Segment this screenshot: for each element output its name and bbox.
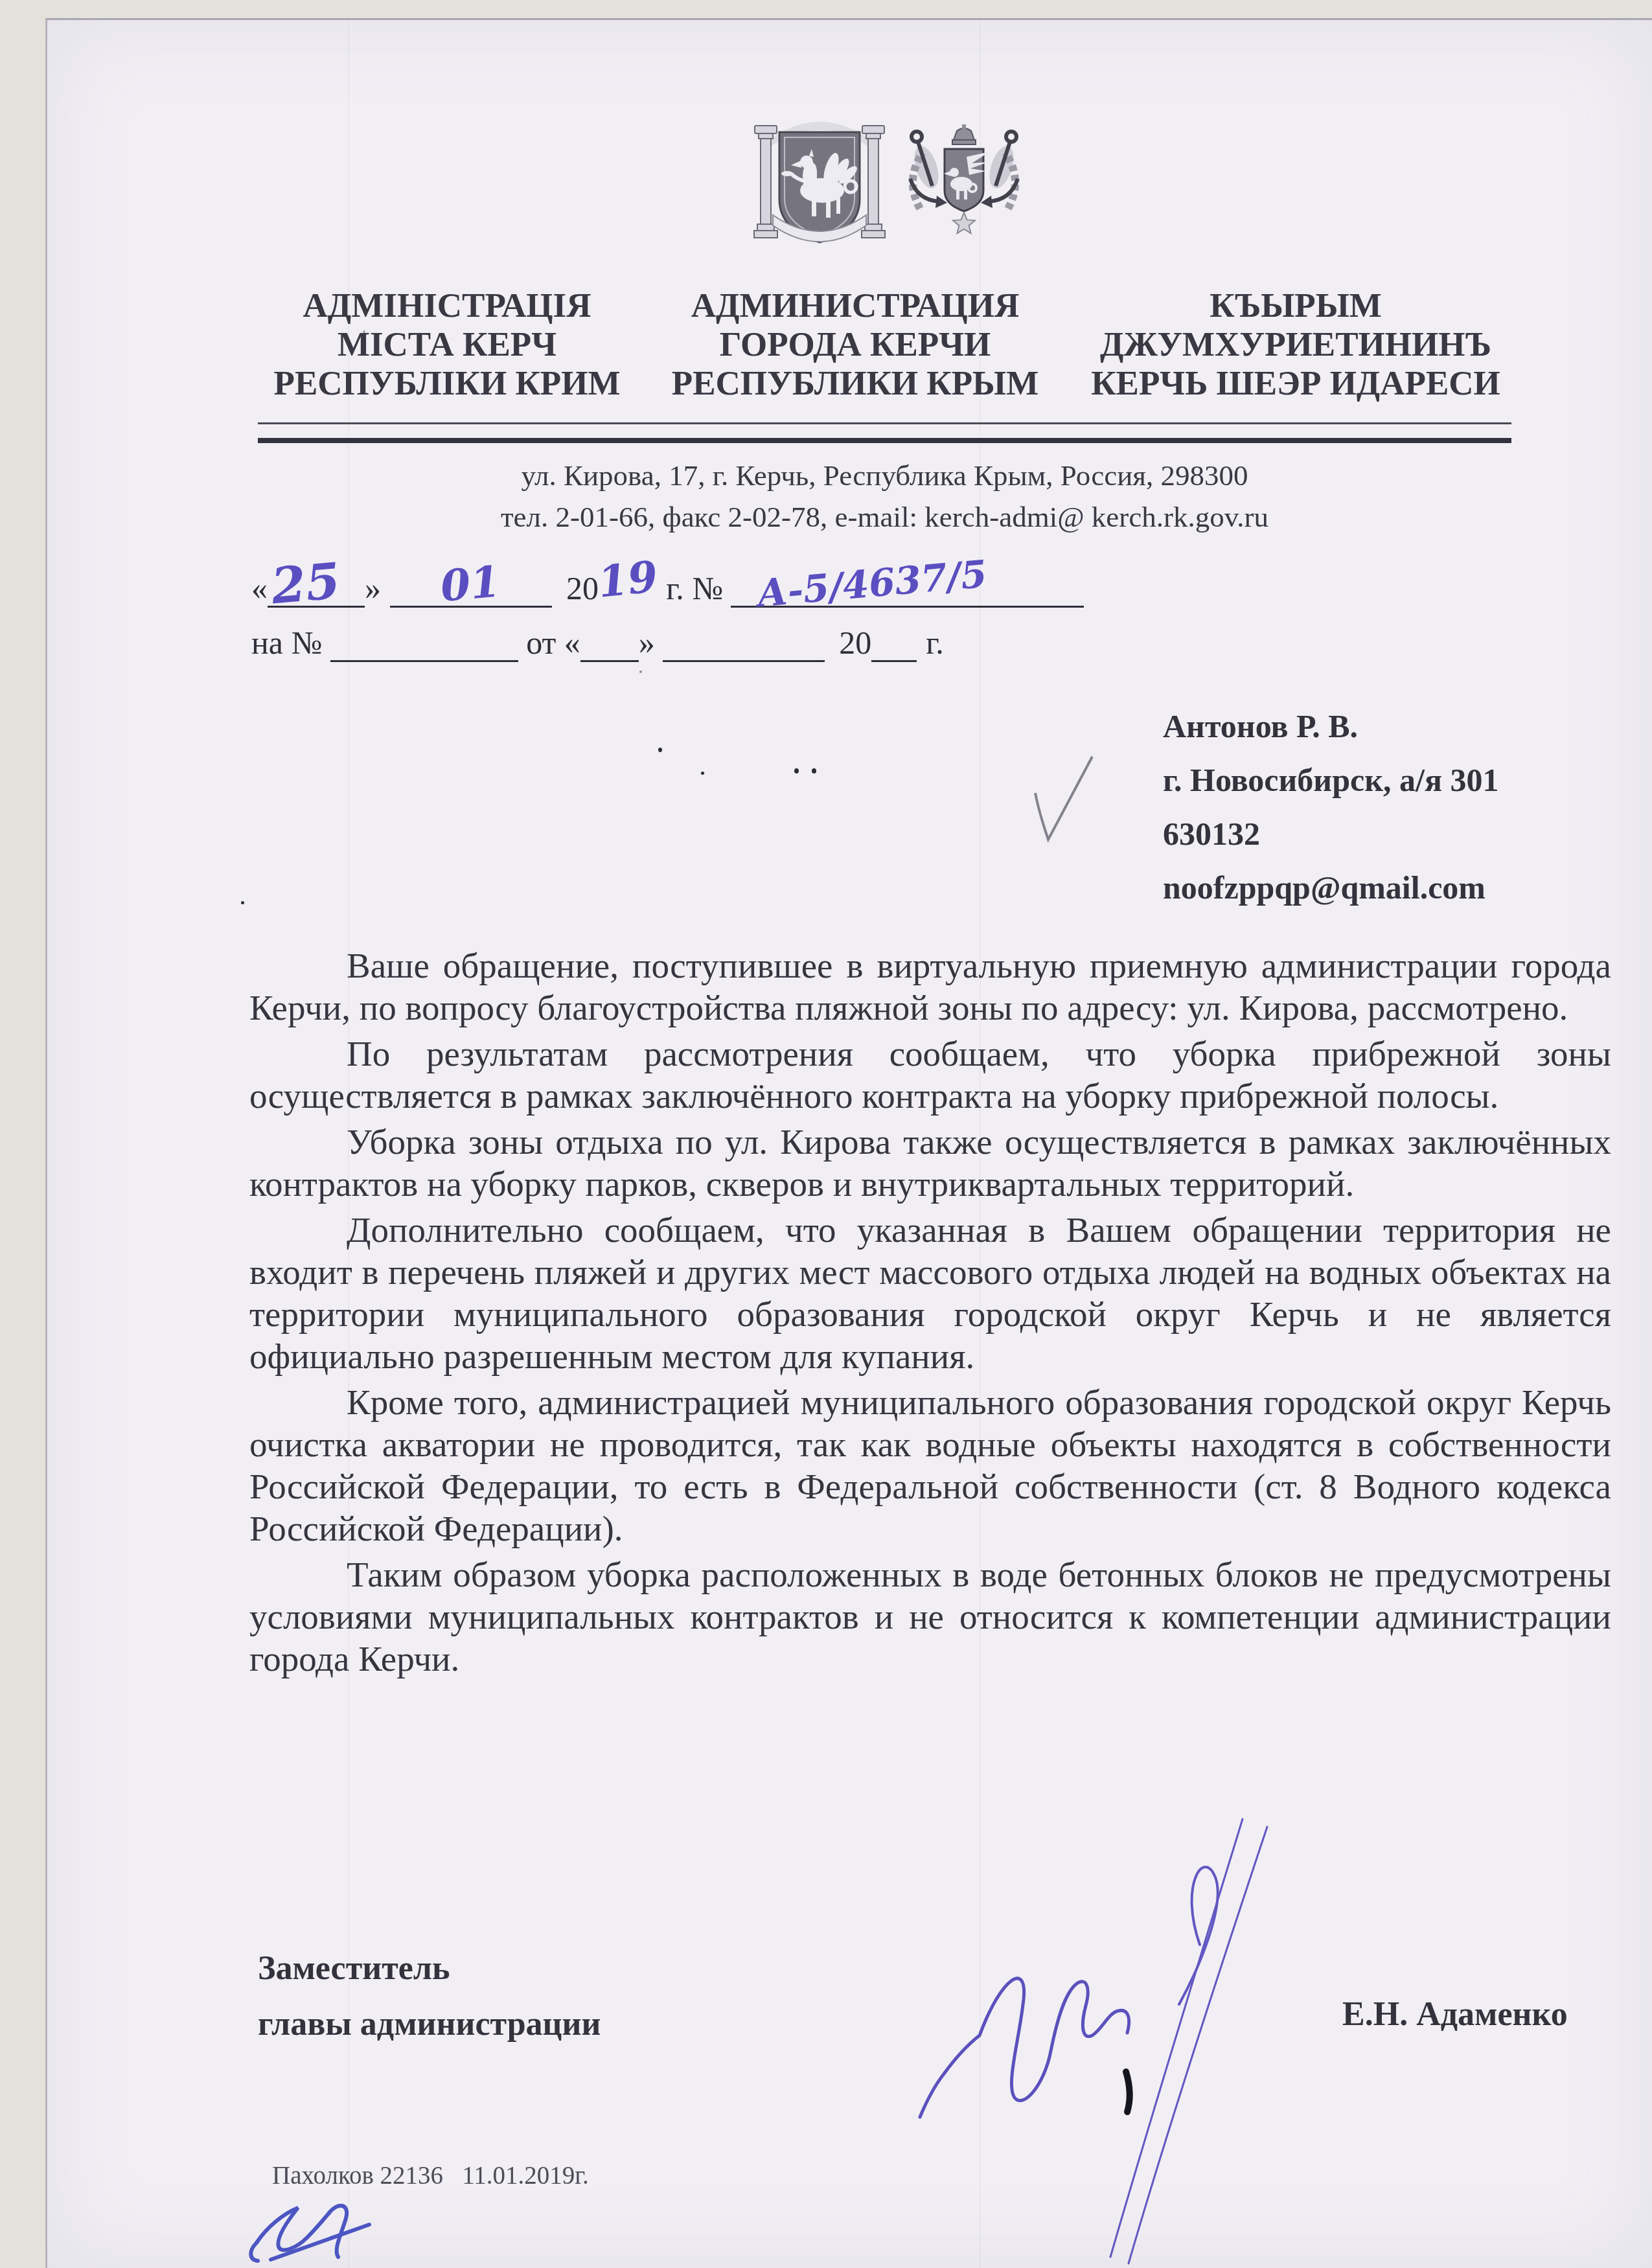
pen-checkmark-icon [1027,751,1099,849]
signer-name: Е.Н. Адаменко [1342,1995,1568,2033]
letterhead-line: ДЖУМХУРИЕТИНИНЪ [1072,325,1519,364]
reference-line-outgoing: «25»012019 г. № А-5/4637/5 [251,565,1084,608]
incoming-year-printed: 20 [839,624,871,661]
letterhead-columns: АДМІНІСТРАЦІЯ МІСТА КЕРЧ РЕСПУБЛІКИ КРИМ… [256,286,1519,403]
letterhead-crimean-tatar: КЪЫРЫМ ДЖУМХУРИЕТИНИНЪ КЕРЧЬ ШЕЭР ИДАРЕС… [1072,286,1519,403]
recipient-name: Антонов Р. В. [1163,700,1498,753]
handwritten-year: 19 [596,556,660,601]
letterhead-line: КЕРЧЬ ШЕЭР ИДАРЕСИ [1072,364,1519,403]
scanned-letter-page: АДМІНІСТРАЦІЯ МІСТА КЕРЧ РЕСПУБЛІКИ КРИМ… [0,0,1652,2268]
incoming-month-blank [663,624,825,662]
letterhead-line: ГОРОДА КЕРЧИ [661,325,1050,364]
signer-position-line: Заместитель [258,1941,601,1997]
paragraph: Таким образом уборка расположенных в вод… [249,1553,1611,1680]
phone-email-line: тел. 2-01-66, факс 2-02-78, e-mail: kerc… [258,496,1511,538]
ink-initials-icon [241,2200,396,2268]
ink-signature-icon [907,1813,1296,2268]
letter-body: Ваше обращение, поступившее в виртуальну… [249,945,1611,1684]
day-blank: 25 [268,569,365,608]
divider-rule-thick [258,438,1511,443]
letterhead-line: АДМІНІСТРАЦІЯ [256,286,638,325]
letterhead-russian: АДМИНИСТРАЦИЯ ГОРОДА КЕРЧИ РЕСПУБЛИКИ КР… [661,286,1050,403]
incoming-day-blank [580,624,639,662]
executor-line: Пахолков 22136 11.01.2019г. [272,2161,589,2190]
postal-address: ул. Кирова, 17, г. Керчь, Республика Кры… [258,455,1511,496]
reply-prefix: на № [251,624,322,661]
number-blank: А-5/4637/5 [731,569,1084,608]
quote-close: » [639,624,655,661]
quote-open: « [251,570,268,606]
from-label: от « [526,624,580,661]
incoming-year-blank [871,624,917,662]
handwritten-month: 01 [439,562,502,606]
recipient-block: Антонов Р. В. г. Новосибирск, а/я 301 63… [1163,700,1498,915]
dust-speck [658,748,662,752]
recipient-city: г. Новосибирск, а/я 301 [1163,753,1498,807]
contact-block: ул. Кирова, 17, г. Керчь, Республика Кры… [258,455,1511,538]
incoming-number-blank [330,624,518,662]
recipient-postcode: 630132 [1163,807,1498,861]
recipient-email: noofzppqp@qmail.com [1163,861,1498,915]
paragraph: Кроме того, администрацией муниципальног… [249,1381,1611,1550]
letterhead-line: РЕСПУБЛИКИ КРЫМ [661,364,1050,403]
paragraph: Уборка зоны отдыха по ул. Кирова также о… [249,1121,1611,1205]
quote-close: » [365,570,381,606]
year-number-label: г. № [666,570,723,606]
kerch-city-emblem-icon [899,124,1029,240]
year-printed: 20 [566,570,599,606]
paragraph: Дополнительно сообщаем, что указанная в … [249,1209,1611,1377]
divider-rule-thin [258,422,1511,424]
handwritten-day: 25 [270,562,342,606]
dust-speck [701,772,704,775]
signer-position: Заместитель главы администрации [258,1941,601,2052]
dust-speck [812,768,816,773]
paragraph: Ваше обращение, поступившее в виртуальну… [249,945,1611,1029]
letterhead-line: МІСТА КЕРЧ [256,325,638,364]
letterhead-line: РЕСПУБЛІКИ КРИМ [256,364,638,403]
month-blank: 01 [390,569,552,608]
dust-speck [241,901,244,904]
dust-speck [363,330,365,333]
crimea-coat-of-arms-icon [753,102,886,253]
letterhead-line: АДМИНИСТРАЦИЯ [661,286,1050,325]
paragraph: По результатам рассмотрения сообщаем, чт… [249,1033,1611,1117]
letterhead-line: КЪЫРЫМ [1072,286,1519,325]
dust-speck [794,768,799,773]
incoming-year-suffix: г. [926,624,943,661]
reference-line-incoming: на № от «» 20г. [251,623,944,662]
signer-position-line: главы администрации [258,1997,601,2052]
dust-speck [639,670,642,673]
letterhead-ukrainian: АДМІНІСТРАЦІЯ МІСТА КЕРЧ РЕСПУБЛІКИ КРИМ [256,286,638,403]
